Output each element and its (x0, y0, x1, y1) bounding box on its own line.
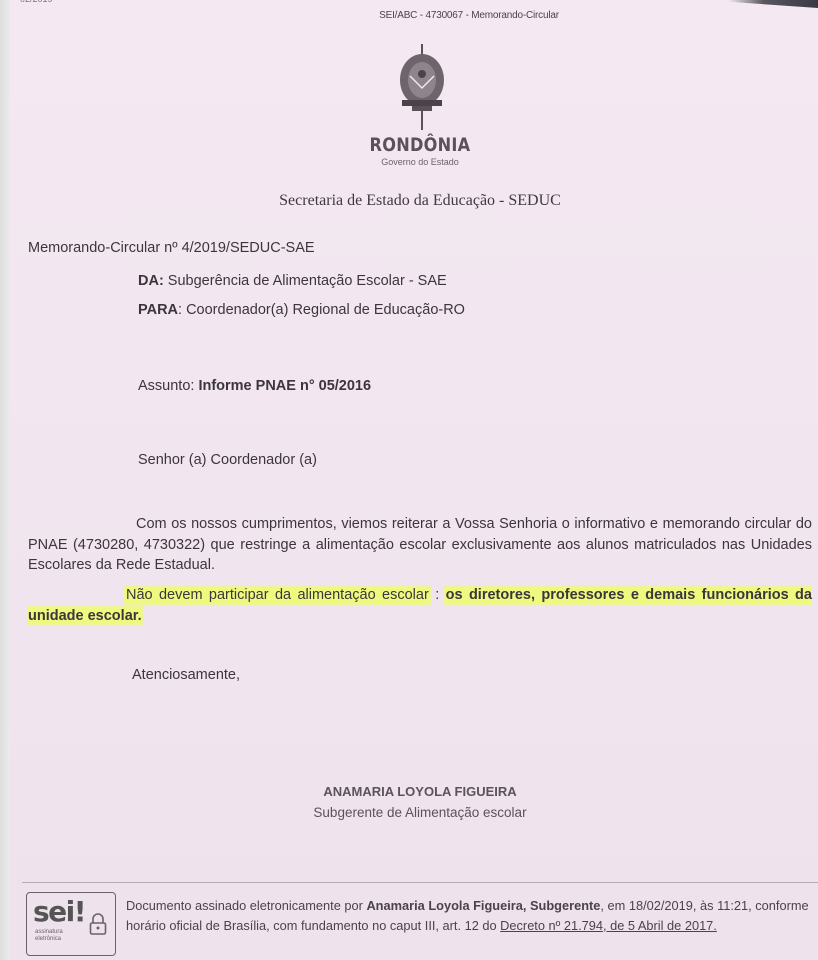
memo-page: 02/2019 SEI/ABC - 4730067 - Memorando-Ci… (10, 0, 818, 960)
lock-icon (89, 913, 107, 935)
subject-label: Assunto: (138, 378, 198, 394)
corner-date: 02/2019 (20, 0, 53, 4)
department-title: Secretaria de Estado da Educação - SEDUC (10, 192, 818, 210)
from-label: DA: (138, 273, 164, 289)
to-value: : Coordenador(a) Regional de Educação-RO (178, 302, 465, 318)
highlighted-text: Não devem participar da alimentação esco… (126, 587, 429, 603)
signature-signer: Anamaria Loyola Figueira, Subgerente (366, 898, 600, 913)
paragraph-1-text: Com os nossos cumprimentos, viemos reite… (28, 516, 812, 573)
body-paragraph-2: Não devem participar da alimentação esco… (28, 585, 812, 626)
sei-logo: sei! (33, 895, 85, 928)
rondonia-coat-of-arms-icon (392, 42, 452, 132)
memo-from: DA: Subgerência de Alimentação Escolar -… (138, 273, 447, 289)
sei-logo-subtitle: assinaturaeletrônica (35, 929, 63, 943)
signer-role: Subgerente de Alimentação escolar (10, 805, 818, 820)
body-paragraph-1: Com os nossos cumprimentos, viemos reite… (28, 514, 812, 576)
page-shadow (728, 0, 818, 8)
state-name: RONDÔNIA (344, 134, 497, 156)
subject-value: Informe PNAE n° 05/2016 (198, 378, 371, 394)
from-value: Subgerência de Alimentação Escolar - SAE (164, 273, 447, 289)
document-reference: SEI/ABC - 4730067 - Memorando-Circular (10, 10, 818, 21)
signer-name: ANAMARIA LOYOLA FIGUEIRA (10, 784, 818, 799)
closing: Atenciosamente, (132, 667, 240, 683)
footer-divider (22, 882, 818, 883)
memo-subject: Assunto: Informe PNAE n° 05/2016 (138, 378, 371, 394)
memo-to: PARA: Coordenador(a) Regional de Educaçã… (138, 302, 465, 318)
decree-link[interactable]: Decreto nº 21.794, de 5 Abril de 2017. (500, 918, 717, 933)
to-label: PARA (138, 302, 178, 318)
state-subtitle: Governo do Estado (330, 157, 510, 167)
salutation: Senhor (a) Coordenador (a) (138, 452, 317, 468)
page-edge (0, 0, 10, 960)
sei-signature-badge: sei! assinaturaeletrônica (26, 892, 116, 956)
paragraph-2-separator: : (429, 587, 446, 603)
electronic-signature-statement: Documento assinado eletronicamente por A… (126, 896, 816, 936)
memo-number: Memorando-Circular nº 4/2019/SEDUC-SAE (28, 240, 315, 256)
